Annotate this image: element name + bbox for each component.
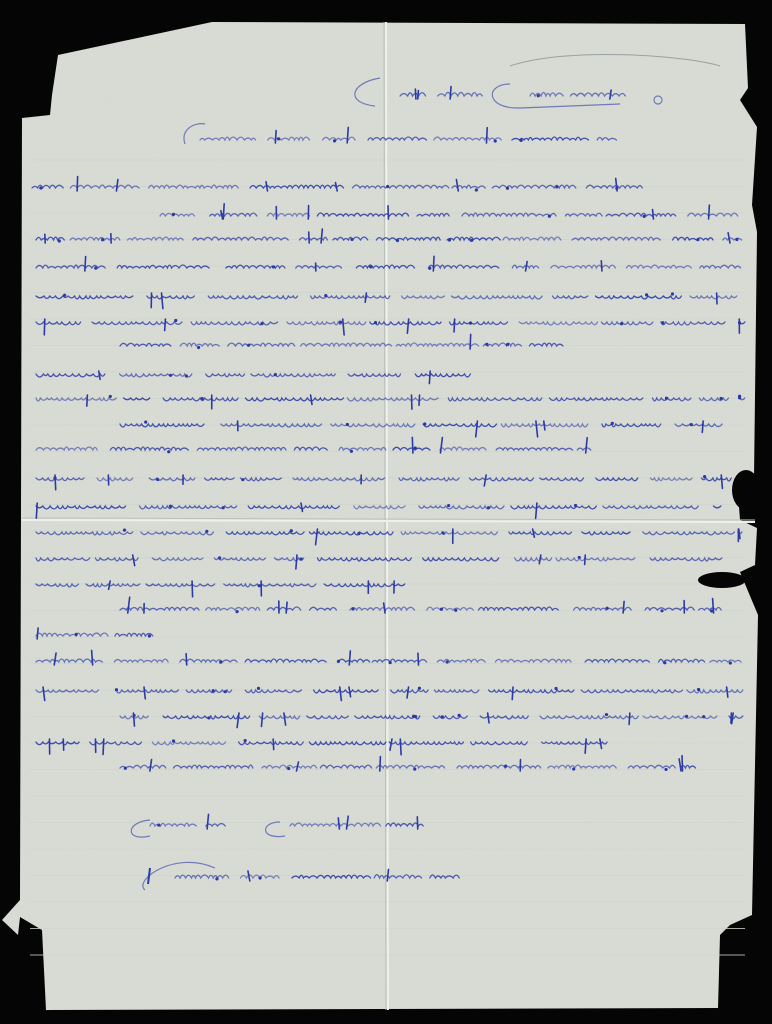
paper-hole-1 xyxy=(732,470,760,510)
paper-sheet xyxy=(2,22,758,1010)
paper-hole-2 xyxy=(698,572,746,588)
letter-photo xyxy=(0,0,772,1024)
paper-texture xyxy=(2,22,758,1010)
letter-canvas xyxy=(0,0,772,1024)
